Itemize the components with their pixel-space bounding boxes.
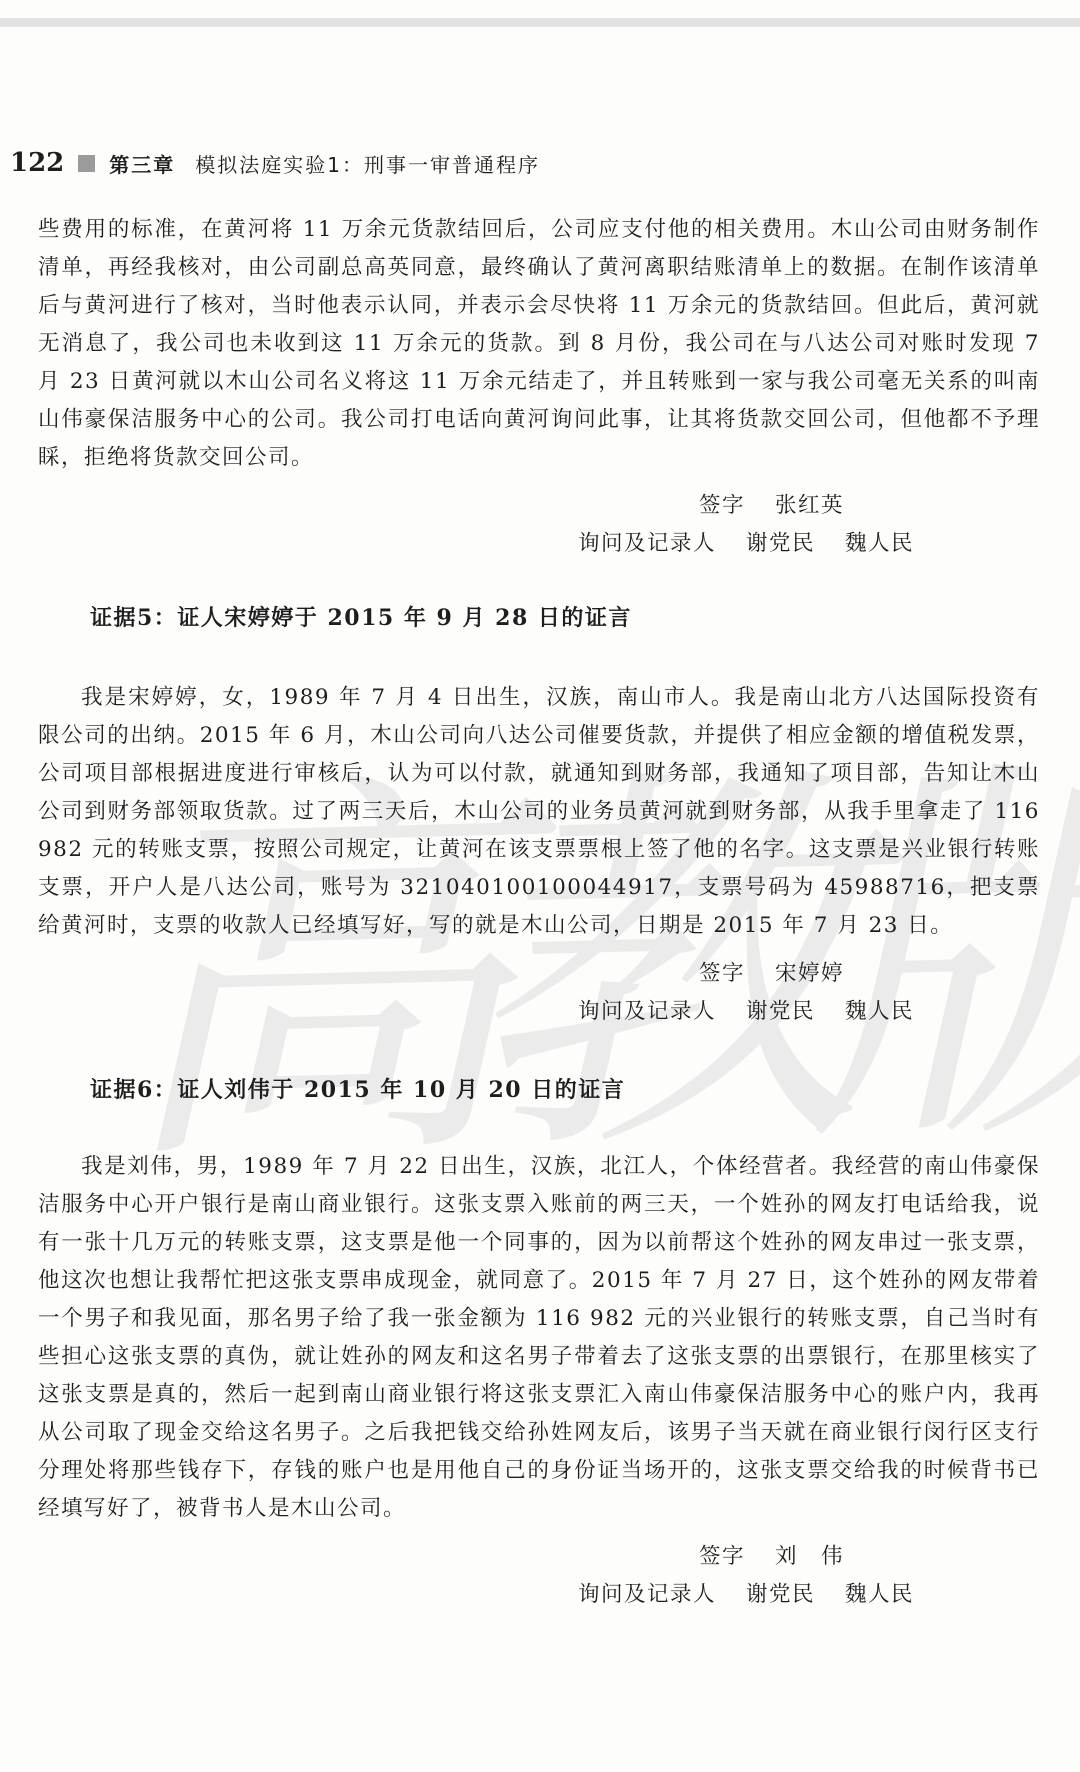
sign-label: 签字	[699, 487, 745, 525]
signature-block-zhanghongying: 签字 张红英 询问及记录人 谢党民 魏人民	[38, 487, 1040, 563]
recorder-label: 询问及记录人	[578, 993, 716, 1031]
chapter-title: 模拟法庭实验1：刑事一审普通程序	[195, 149, 540, 178]
testimony-paragraph-liuwei: 我是刘伟，男，1989 年 7 月 22 日出生，汉族，北江人，个体经营者。我经…	[38, 1148, 1040, 1528]
testimony-paragraph-zhanghongying: 些费用的标准，在黄河将 11 万余元货款结回后，公司应支付他的相关费用。木山公司…	[38, 211, 1040, 477]
signature-block-liuwei: 签字 刘 伟 询问及记录人 谢党民 魏人民	[38, 1538, 1040, 1614]
evidence-5-heading: 证据5：证人宋婷婷于 2015 年 9 月 28 日的证言	[90, 601, 1040, 632]
chapter-label: 第三章	[109, 149, 175, 178]
book-page: 122 第三章 模拟法庭实验1：刑事一审普通程序 些费用的标准，在黄河将 11 …	[0, 0, 1080, 1614]
signer-name: 刘 伟	[775, 1538, 844, 1576]
evidence-6-heading: 证据6：证人刘伟于 2015 年 10 月 20 日的证言	[90, 1073, 1040, 1104]
recorder-name-1: 谢党民	[746, 525, 815, 563]
recorder-name-2: 魏人民	[845, 1576, 914, 1614]
signature-block-songtingting: 签字 宋婷婷 询问及记录人 谢党民 魏人民	[38, 955, 1040, 1031]
recorder-name-2: 魏人民	[845, 993, 914, 1031]
recorder-line: 询问及记录人 谢党民 魏人民	[38, 993, 1040, 1031]
signature-line: 签字 张红英	[38, 487, 1040, 525]
page-number: 122	[10, 148, 64, 178]
signature-line: 签字 刘 伟	[38, 1538, 1040, 1576]
recorder-name-1: 谢党民	[746, 993, 815, 1031]
recorder-line: 询问及记录人 谢党民 魏人民	[38, 525, 1040, 563]
signer-name: 张红英	[775, 487, 844, 525]
recorder-name-1: 谢党民	[746, 1576, 815, 1614]
recorder-label: 询问及记录人	[578, 1576, 716, 1614]
signer-name: 宋婷婷	[775, 955, 844, 993]
sign-label: 签字	[699, 1538, 745, 1576]
signature-line: 签字 宋婷婷	[38, 955, 1040, 993]
recorder-label: 询问及记录人	[578, 525, 716, 563]
testimony-paragraph-songtingting: 我是宋婷婷，女，1989 年 7 月 4 日出生，汉族，南山市人。我是南山北方八…	[38, 679, 1040, 945]
recorder-name-2: 魏人民	[845, 525, 914, 563]
recorder-line: 询问及记录人 谢党民 魏人民	[38, 1576, 1040, 1614]
running-header: 122 第三章 模拟法庭实验1：刑事一审普通程序	[10, 0, 1040, 178]
chapter-marker-square-icon	[78, 155, 95, 172]
sign-label: 签字	[699, 955, 745, 993]
